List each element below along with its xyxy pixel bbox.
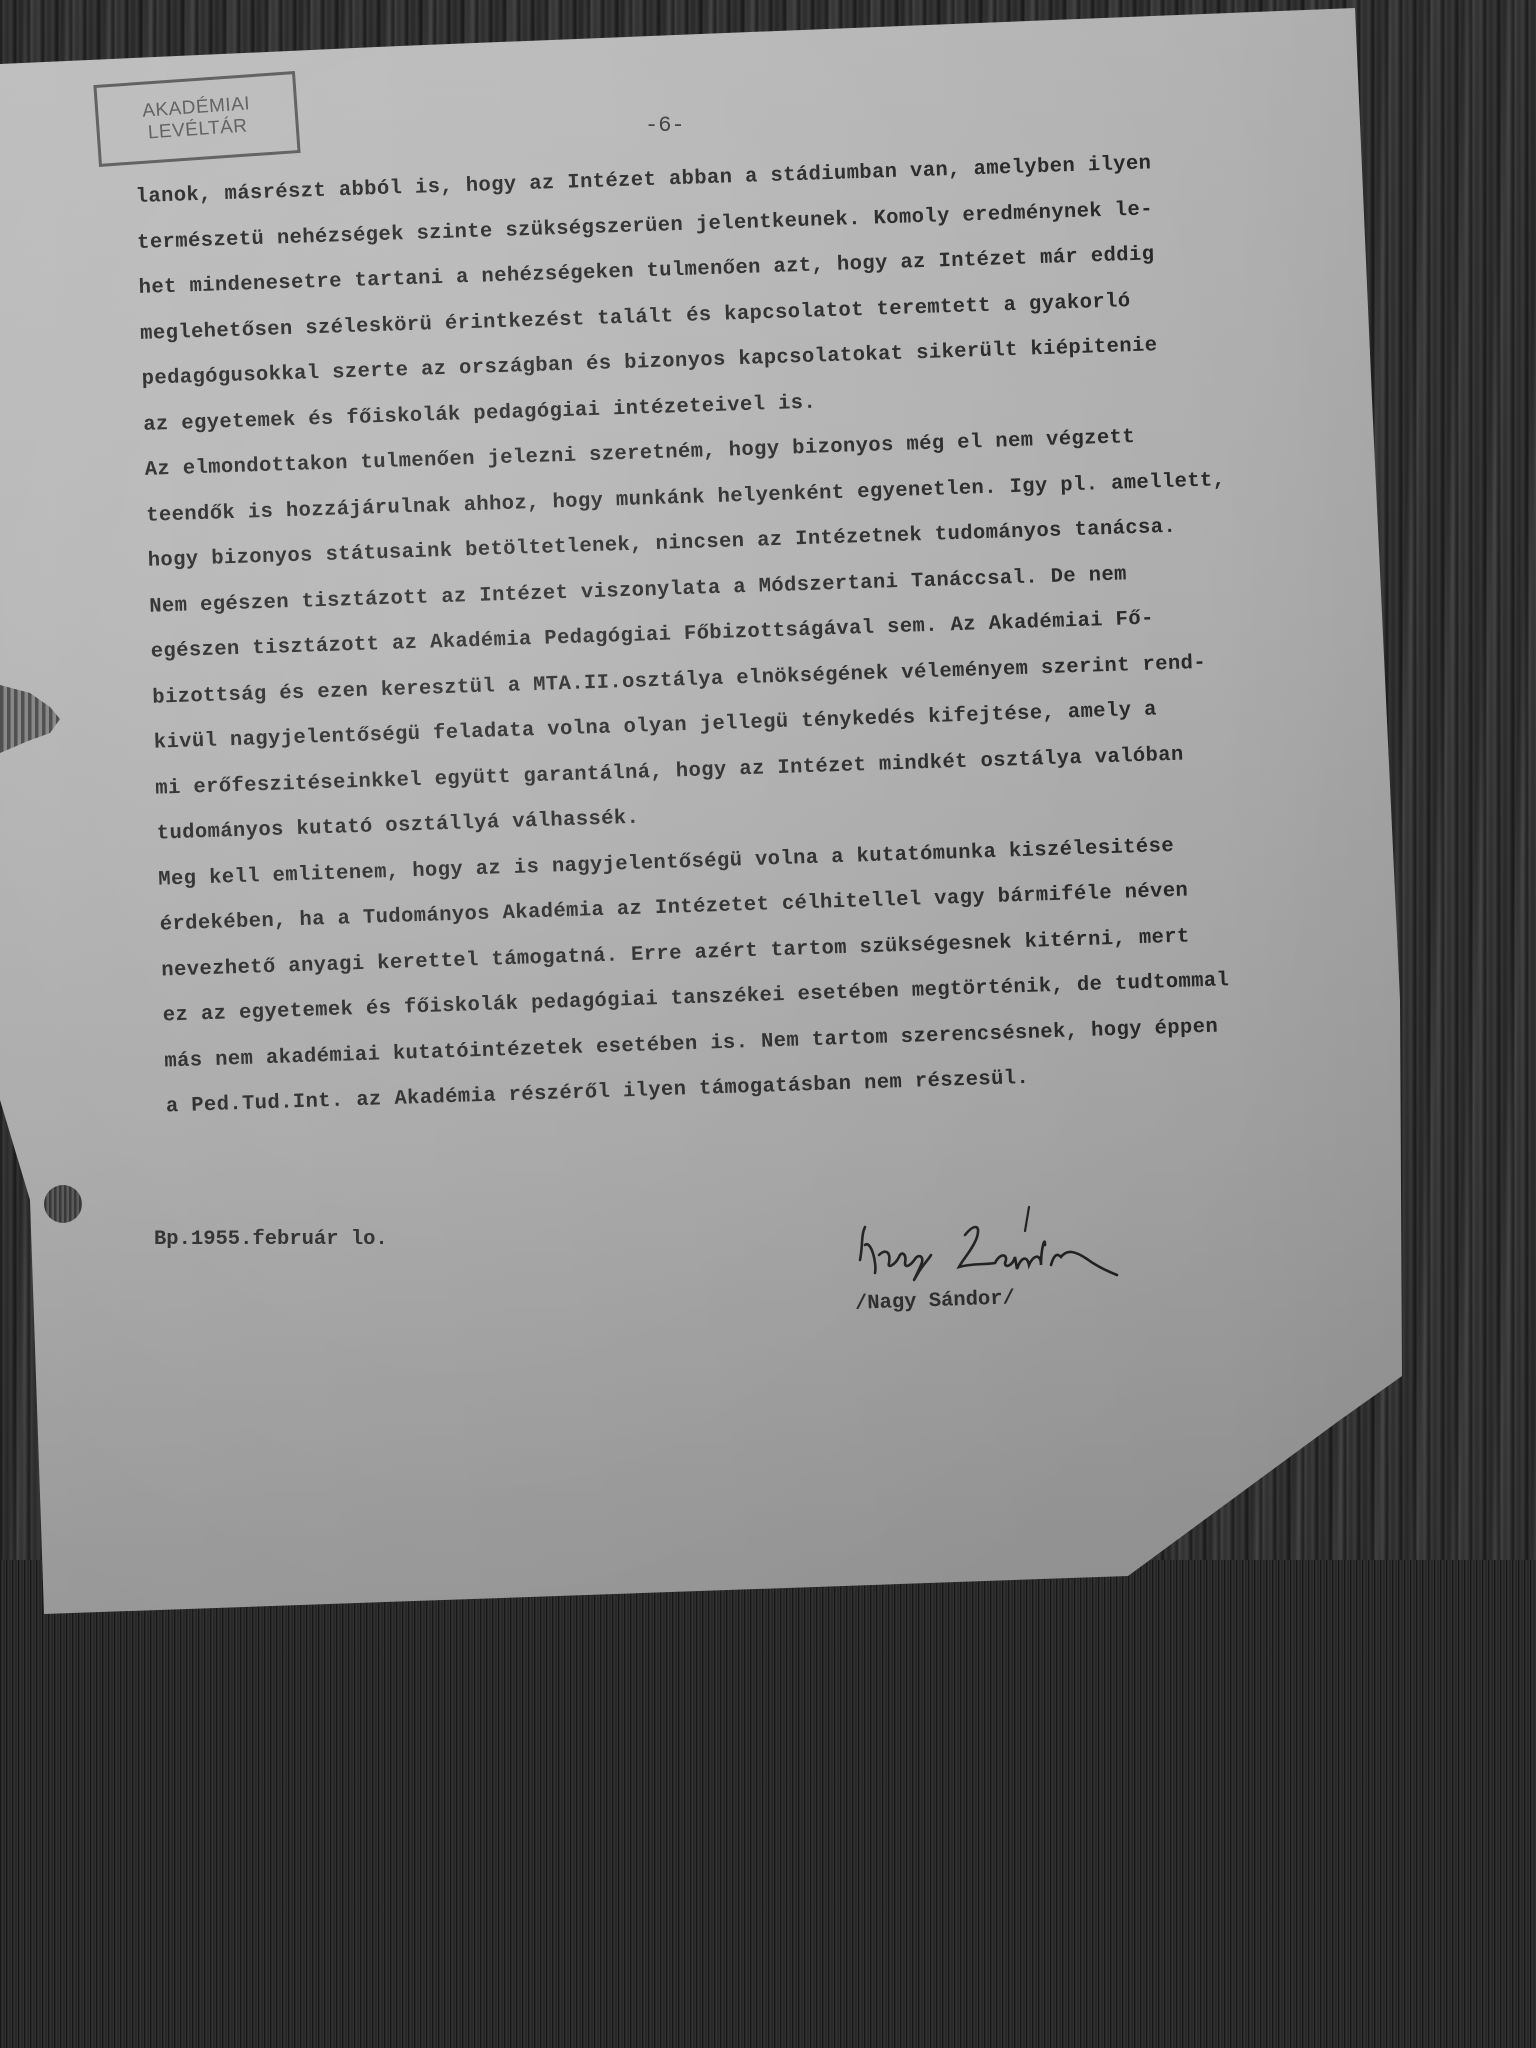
text-line: hogy bizonyos státusaink betöltetlenek, …	[147, 497, 1408, 584]
handwritten-signature	[855, 1205, 1195, 1295]
text-line: Meg kell emlitenem, hogy az is nagyjelen…	[158, 815, 1419, 902]
text-line: ez az egyetemek és főiskolák pedagógiai …	[162, 952, 1423, 1039]
date-line: Bp.1955.február lo.	[154, 1228, 388, 1251]
punch-hole	[44, 1185, 82, 1223]
text-line: nevezhető anyagi kerettel támogatná. Err…	[161, 906, 1422, 993]
text-line: pedagógusokkal szerte az országban és bi…	[141, 315, 1402, 402]
stamp-line-2: LEVÉLTÁR	[147, 116, 248, 145]
text-line: érdekében, ha a Tudományos Akadémia az I…	[159, 861, 1420, 948]
text-line: természetü nehézségek szinte szükségszer…	[137, 179, 1398, 266]
text-line: az egyetemek és főiskolák pedagógiai int…	[143, 361, 1404, 448]
text-line: kivül nagyjelentőségü feladata volna oly…	[153, 679, 1414, 766]
text-line: tudományos kutató osztállyá válhassék.	[156, 770, 1417, 857]
archive-stamp: AKADÉMIAI LEVÉLTÁR	[93, 71, 300, 167]
text-line: a Ped.Tud.Int. az Akadémia részéről ilye…	[165, 1043, 1426, 1130]
page-number: -6-	[645, 113, 685, 138]
typed-signatory-name: /Nagy Sándor/	[855, 1287, 1016, 1316]
text-line: egészen tisztázott az Akadémia Pedagógia…	[150, 588, 1411, 675]
text-line: más nem akadémiai kutatóintézetek esetéb…	[164, 997, 1425, 1084]
text-line: mi erőfeszitéseinkkel együtt garantálná,…	[155, 724, 1416, 811]
text-line: bizottság és ezen keresztül a MTA.II.osz…	[152, 633, 1413, 720]
text-line: lanok, másrészt abból is, hogy az Intéze…	[135, 133, 1396, 220]
text-line: teendők is hozzájárulnak ahhoz, hogy mun…	[146, 452, 1407, 539]
text-line: Az elmondottakon tulmenően jelezni szere…	[144, 406, 1405, 493]
wood-table-background	[0, 1560, 1536, 2048]
text-line: Nem egészen tisztázott az Intézet viszon…	[149, 542, 1410, 629]
text-line: meglehetősen széleskörü érintkezést talá…	[140, 270, 1401, 357]
text-line: het mindenesetre tartani a nehézségeken …	[138, 224, 1399, 311]
typed-body-text: lanok, másrészt abból is, hogy az Intéze…	[135, 133, 1426, 1130]
torn-punch-hole	[0, 685, 60, 753]
stamp-line-1: AKADÉMIAI	[142, 93, 251, 122]
